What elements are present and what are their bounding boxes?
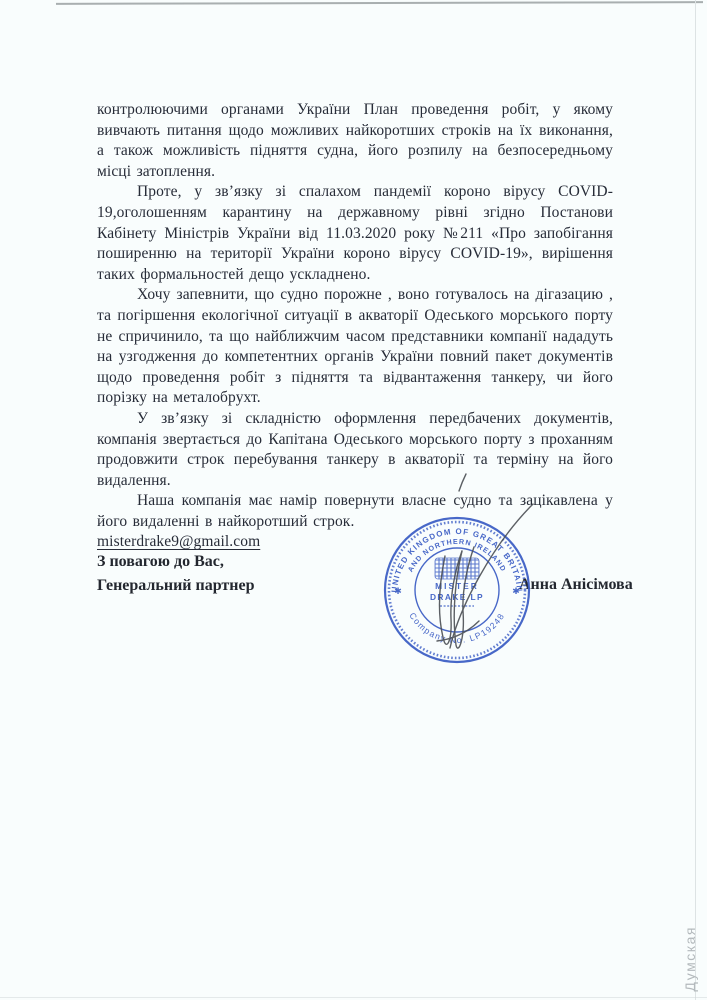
scanned-letter-page: контролюючими органами України План пров… [0, 0, 707, 1000]
scan-edge-bottom [0, 997, 707, 998]
email-address: misterdrake9@gmail.com [97, 533, 260, 550]
paragraph-covid: Проте, у зв’язку зі спалахом пандемії ко… [97, 182, 613, 285]
paragraph-intent: Наша компанія має намір повернути власне… [97, 491, 613, 532]
seal-star-left: ✱ [394, 586, 402, 596]
seal-star-right: ✱ [512, 586, 520, 596]
scan-edge-top [56, 1, 703, 5]
paragraph-continuation: контролюючими органами України План пров… [97, 100, 613, 182]
paragraph-assurance: Хочу запевнити, що судно порожне , воно … [97, 285, 613, 409]
paragraph-request: У зв’язку зі складністю оформлення перед… [97, 409, 613, 491]
seal-center-line1: MISTER [435, 581, 479, 591]
signer-name: Анна Анісімова [519, 576, 633, 594]
svg-text:Company No. LP19248: Company No. LP19248 [407, 611, 506, 645]
signoff-regards: З повагою до Вас, [97, 550, 255, 574]
signoff-title: Генеральний партнер [97, 574, 255, 598]
seal-center-line2: DRAKE LP [430, 592, 484, 602]
signoff-block: З повагою до Вас, Генеральний партнер [97, 550, 255, 598]
company-seal-icon: UNITED KINGDOM OF GREAT BRITAIN AND NORT… [381, 514, 533, 666]
seal-arc-bottom: Company No. LP19248 [407, 611, 506, 645]
seal-emblem [435, 558, 479, 579]
watermark-dumskaya: Думская [682, 926, 698, 992]
scan-edge-right [695, 0, 696, 1000]
letter-body: контролюючими органами України План пров… [97, 100, 613, 553]
